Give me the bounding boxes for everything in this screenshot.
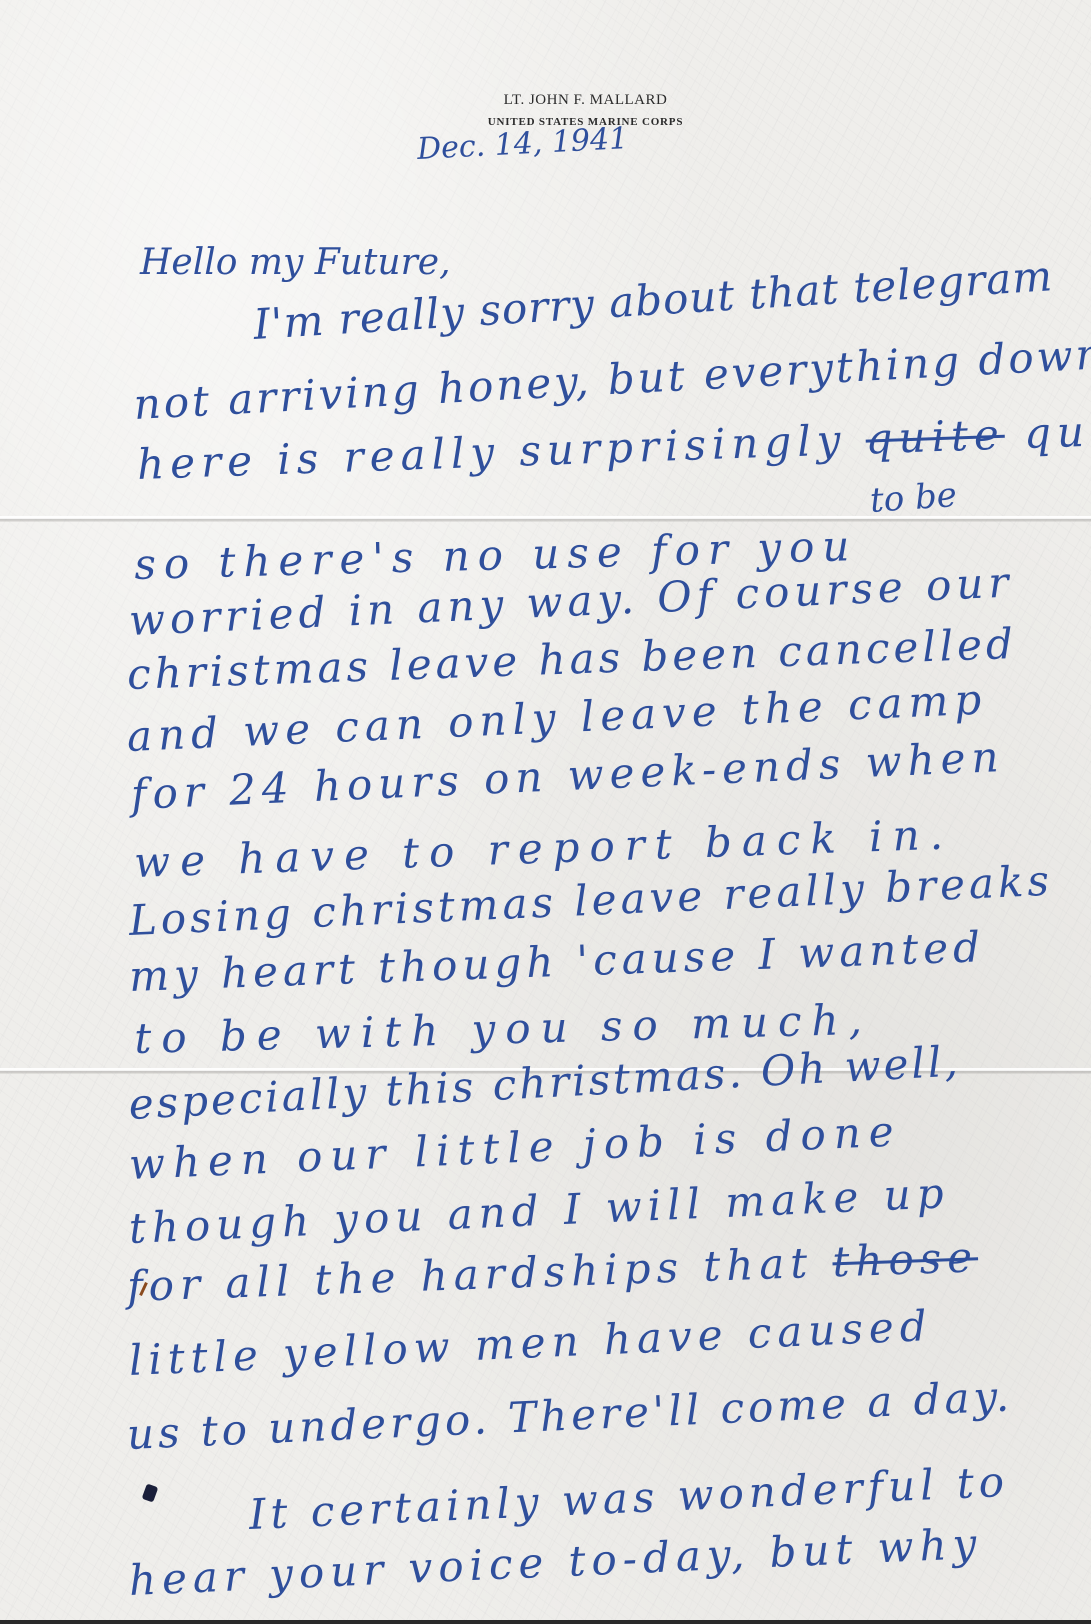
body-line-3-text: here is really surprisingly [136,415,847,489]
letter-greeting: Hello my Future, [140,242,451,283]
body-line-3-end: quiet, [1023,404,1091,459]
inserted-text: to be [869,475,958,521]
body-line-17: little yellow men have caused [128,1301,934,1385]
letter-page: LT. JOHN F. MALLARD UNITED STATES MARINE… [0,0,1091,1624]
letterhead-name: LT. JOHN F. MALLARD [0,92,1091,109]
body-line-18: us to undergo. There'll come a day. [126,1371,1014,1459]
ink-blot [142,1483,159,1502]
struck-word: quite [865,410,1006,464]
body-line-16-text: for all the hardships that [126,1238,814,1311]
struck-word-those: those [832,1232,979,1286]
